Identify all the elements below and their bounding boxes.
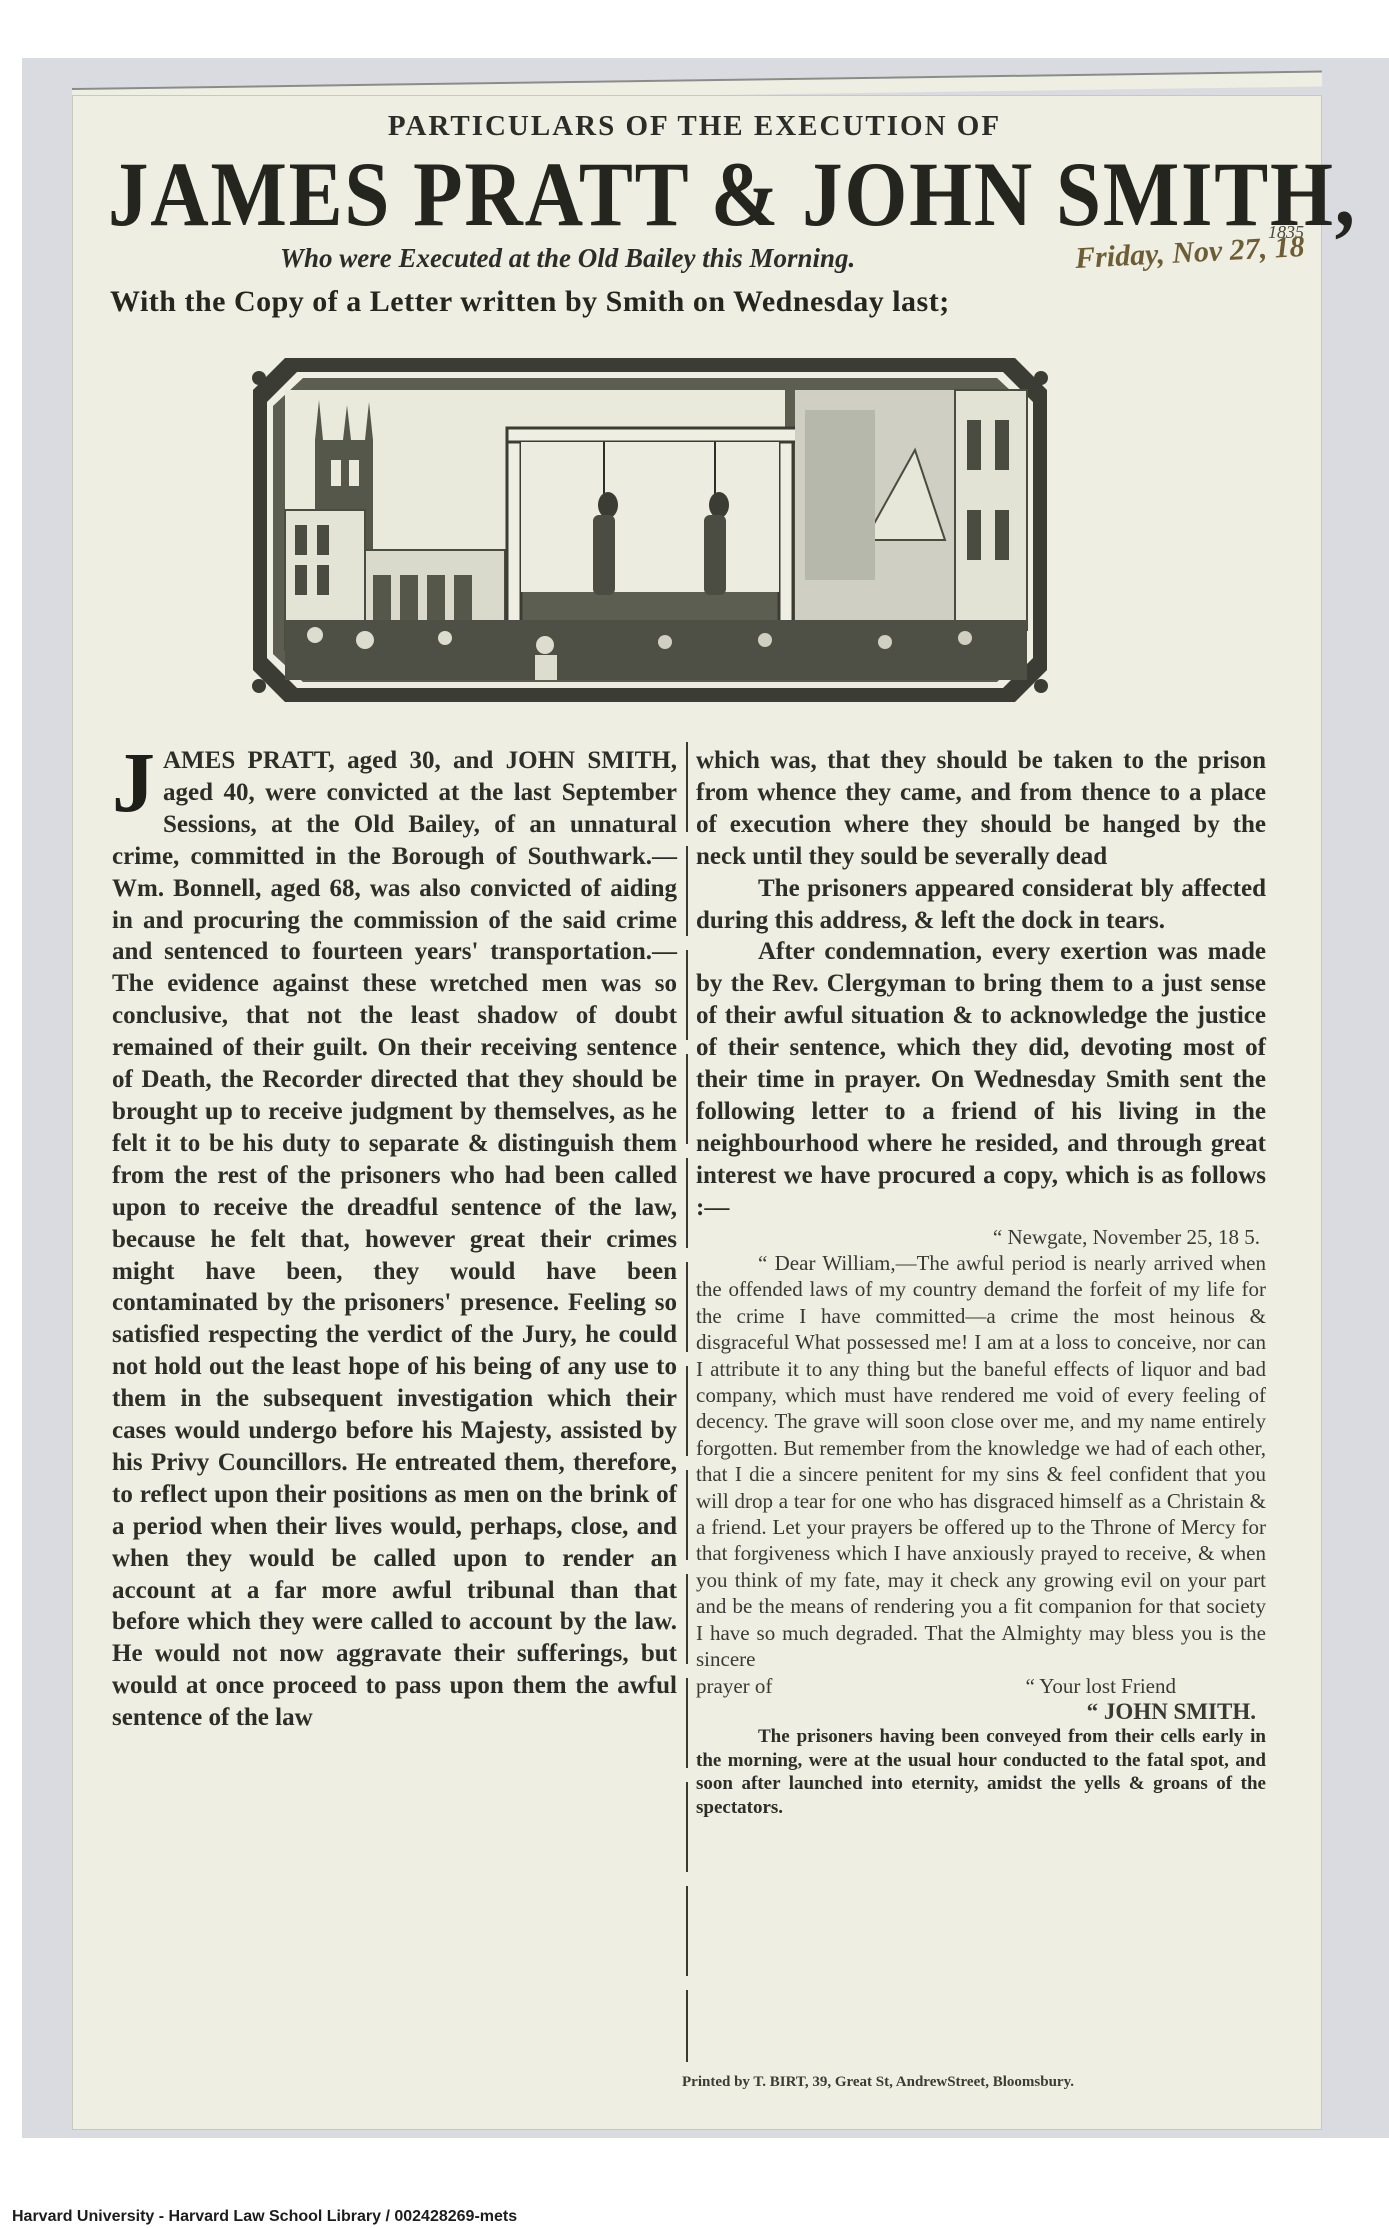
article-paragraph: which was, that they should be taken to … — [696, 745, 1266, 873]
printer-imprint: Printed by T. BIRT, 39, Great St, Andrew… — [682, 2074, 1074, 2091]
execution-woodcut-illustration — [245, 350, 1055, 710]
left-column: J AMES PRATT, aged 30, and JOHN SMITH, a… — [112, 745, 677, 1734]
heading-particulars: PARTICULARS OF THE EXECUTION OF — [0, 110, 1389, 143]
subheading-letter: With the Copy of a Letter written by Smi… — [110, 285, 950, 319]
subheading-executed: Who were Executed at the Old Bailey this… — [280, 243, 855, 274]
letter-dateline: “ Newgate, November 25, 18 5. — [696, 1224, 1260, 1250]
letter-signature: “ JOHN SMITH. — [696, 1699, 1256, 1725]
article-paragraph: The prisoners appeared considerat bly af… — [696, 873, 1266, 937]
closing-paragraph: The prisoners having been conveyed from … — [696, 1725, 1266, 1819]
heading-names: JAMES PRATT & JOHN SMITH, — [108, 148, 1138, 240]
column-divider — [686, 742, 688, 2062]
letter-body: “ Dear William,—The awful period is near… — [696, 1250, 1266, 1673]
letter-closing-left: prayer of — [696, 1673, 772, 1699]
source-footer: Harvard University - Harvard Law School … — [12, 2208, 517, 2226]
letter-closing-line: prayer of “ Your lost Friend — [696, 1673, 1266, 1699]
article-paragraph: After condemnation, every exertion was m… — [696, 936, 1266, 1223]
article-paragraph: AMES PRATT, aged 30, and JOHN SMITH, age… — [112, 745, 677, 1734]
letter-closing-right: “ Your lost Friend — [1025, 1673, 1176, 1699]
dropcap-letter: J — [112, 749, 155, 815]
right-column: which was, that they should be taken to … — [696, 745, 1266, 1819]
